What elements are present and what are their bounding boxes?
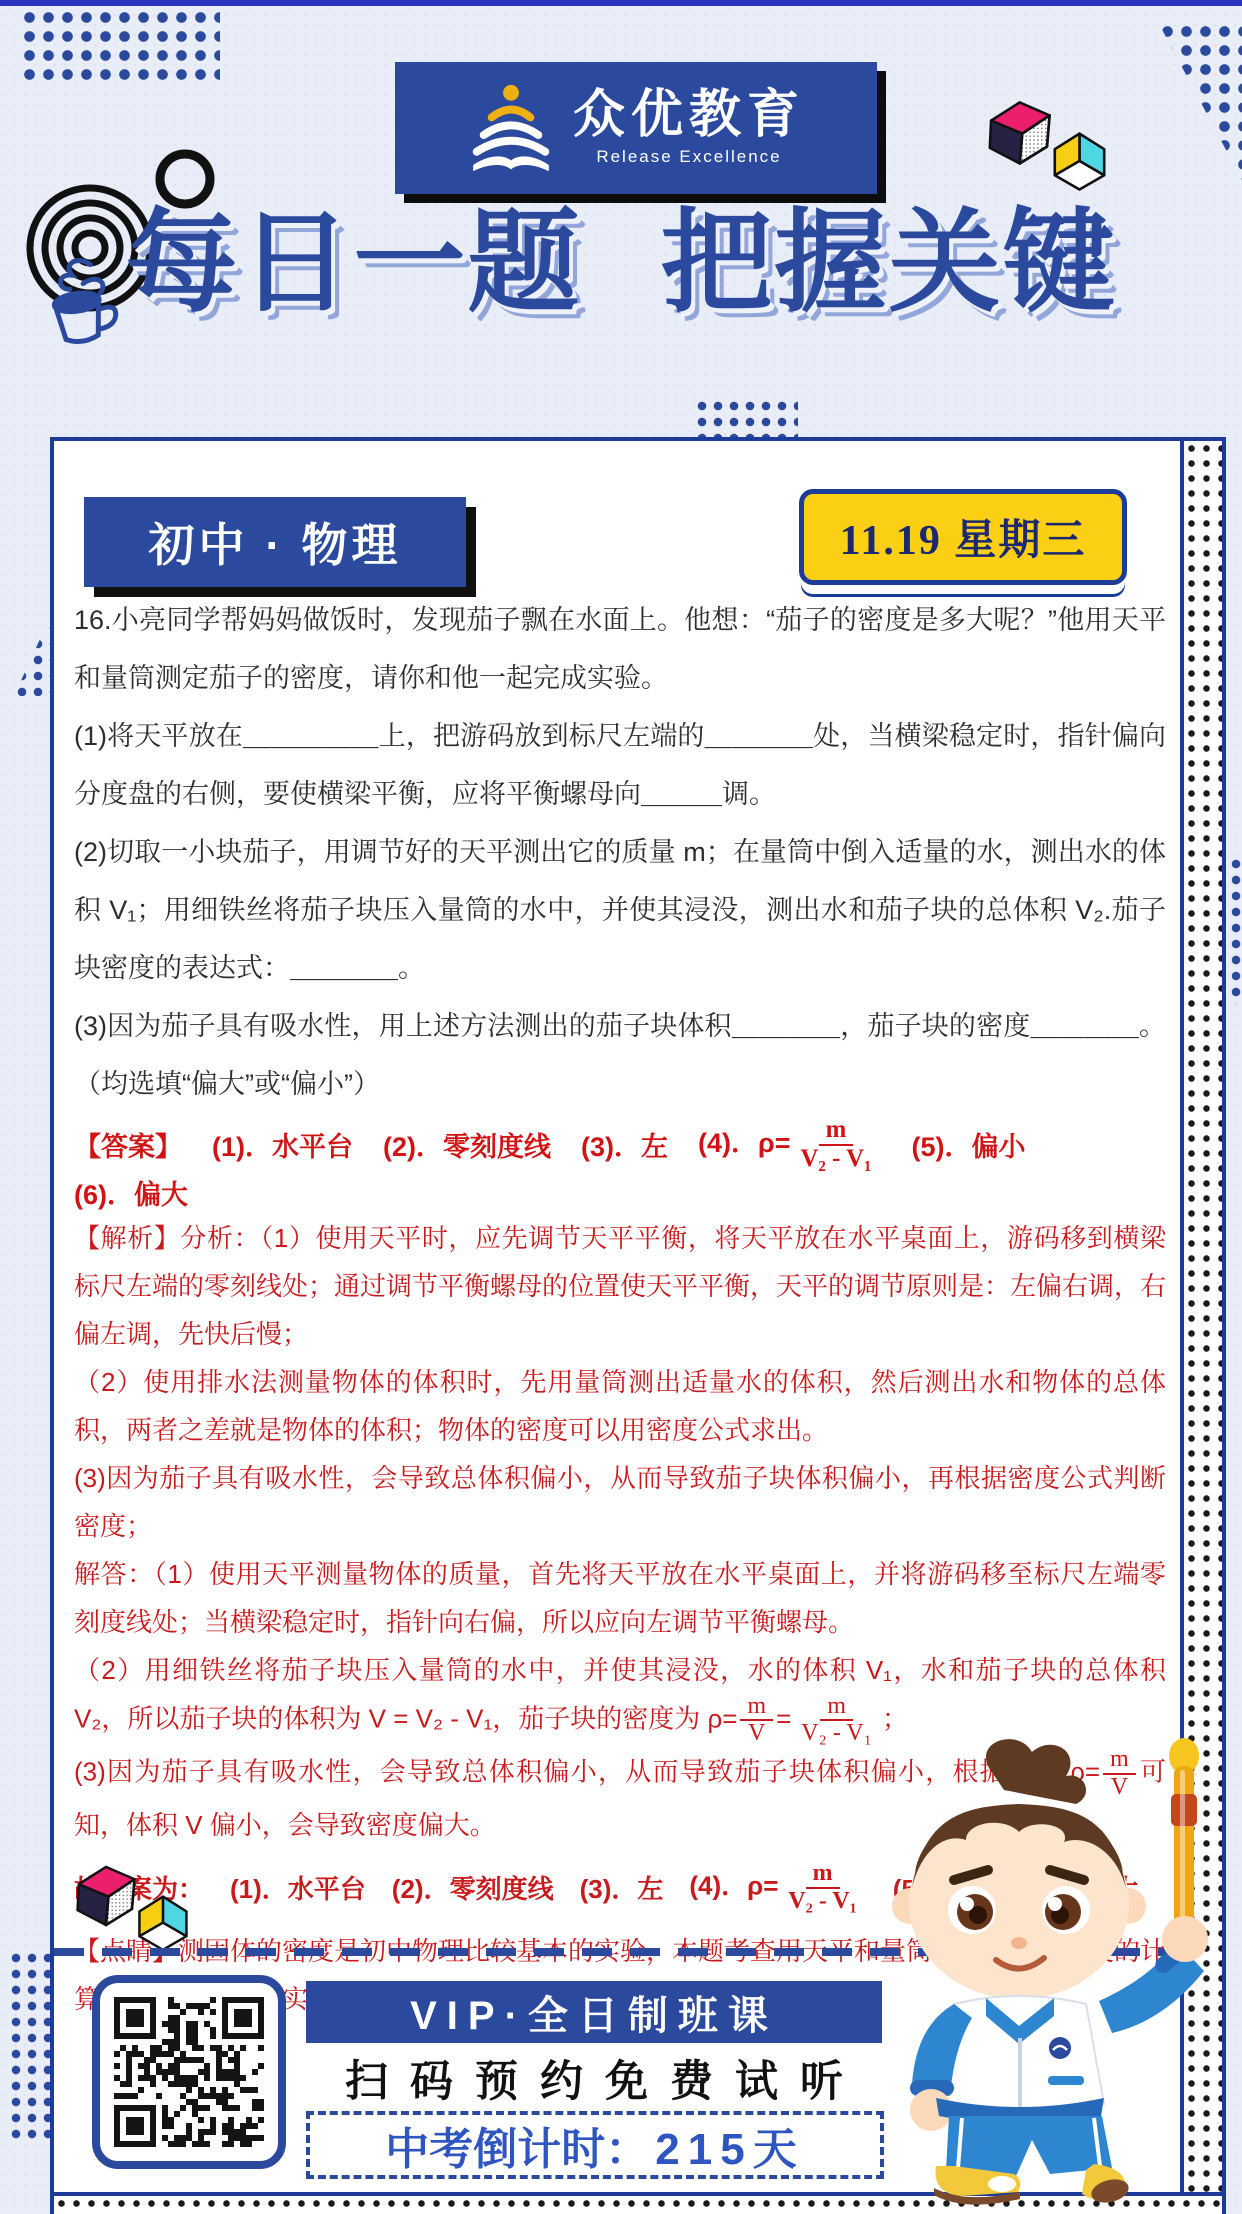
answer-item-6: (6)．偏大	[74, 1173, 188, 1212]
answer-label: 【答案】	[74, 1125, 182, 1164]
density-formula: mV₂ - V₁	[793, 1117, 878, 1173]
countdown-value: 215天	[655, 2113, 804, 2177]
answer-row: 【答案】 (1)．水平台 (2)．零刻度线 (3)．左 (4)．ρ=mV₂ - …	[74, 1117, 1166, 1212]
answer-item-3: (3)．左	[581, 1125, 668, 1164]
dot-grid-top-right	[1158, 22, 1242, 180]
coffee-cup-icon	[26, 252, 144, 348]
cubes-decoration-top	[982, 92, 1112, 196]
dot-grid-top-left	[20, 8, 220, 88]
brand-text-block: 众优教育 Release Excellence	[573, 89, 805, 167]
density-formula: mV	[740, 1694, 773, 1748]
page-title: 每日一题 把握关键	[0, 196, 1242, 330]
problem-paragraph-3: (2)切取一小块茄子，用调节好的天平测出它的质量 m；在量筒中倒入适量的水，测出…	[74, 823, 1166, 997]
qr-code-image	[114, 1997, 264, 2147]
dot-grid-left-lower	[8, 1950, 54, 2140]
answer-item-1: (1)．水平台	[212, 1125, 353, 1164]
problem-paragraph-4: (3)因为茄子具有吸水性，用上述方法测出的茄子块体积＿＿＿＿，茄子块的密度＿＿＿…	[74, 997, 1166, 1113]
analysis-paragraph-1: 【解析】分析：（1）使用天平时，应先调节天平平衡，将天平放在水平桌面上，游码移到…	[74, 1214, 1166, 1358]
date-badge: 11.19 星期三	[799, 489, 1127, 585]
analysis-paragraph-5: （2）用细铁丝将茄子块压入量筒的水中，并使其浸没，水的体积 V₁，水和茄子块的总…	[74, 1646, 1166, 1748]
dot-grid-right-edge	[1228, 856, 1242, 1004]
dot-grid-under-title	[694, 398, 798, 442]
analysis-paragraph-3: (3)因为茄子具有吸水性，会导致总体积偏小，从而导致茄子块体积偏小，再根据密度公…	[74, 1454, 1166, 1550]
top-accent-line	[0, 0, 1242, 6]
analysis-paragraph-2: （2）使用排水法测量物体的体积时，先用量筒测出适量水的体积，然后测出水和物体的总…	[74, 1358, 1166, 1454]
mascot-boy-with-torch	[852, 1736, 1224, 2214]
scan-cta-text: 扫码预约免费试听	[306, 2049, 882, 2107]
analysis-paragraph-4: 解答：（1）使用天平测量物体的质量，首先将天平放在水平桌面上，并将游码移至标尺左…	[74, 1550, 1166, 1646]
countdown-label: 中考倒计时：	[385, 2113, 649, 2177]
vip-class-banner: VIP·全日制班课	[306, 1981, 882, 2043]
brand-name: 众优教育	[573, 89, 805, 141]
poster-page: 众优教育 Release Excellence 每日一题 把握关键	[0, 0, 1242, 2214]
problem-paragraph-2: (1)将天平放在＿＿＿＿＿上，把游码放到标尺左端的＿＿＿＿处，当横梁稳定时，指针…	[74, 707, 1166, 823]
brand-slogan: Release Excellence	[573, 147, 805, 167]
answer-item-2: (2)．零刻度线	[383, 1125, 551, 1164]
answer-item-4: (4)．ρ=mV₂ - V₁	[698, 1117, 881, 1173]
brand-logo-icon	[467, 82, 555, 174]
answer-item-5: (5)．偏小	[911, 1125, 1025, 1164]
exam-countdown: 中考倒计时： 215天	[306, 2111, 884, 2179]
cubes-decoration-bottom	[70, 1857, 194, 1956]
problem-paragraph-1: 16.小亮同学帮妈妈做饭时，发现茄子飘在水面上。他想：“茄子的密度是多大呢？”他…	[74, 591, 1166, 707]
qr-code	[92, 1975, 286, 2169]
subject-badge: 初中 · 物理	[84, 497, 466, 587]
brand-banner: 众优教育 Release Excellence	[395, 62, 877, 194]
